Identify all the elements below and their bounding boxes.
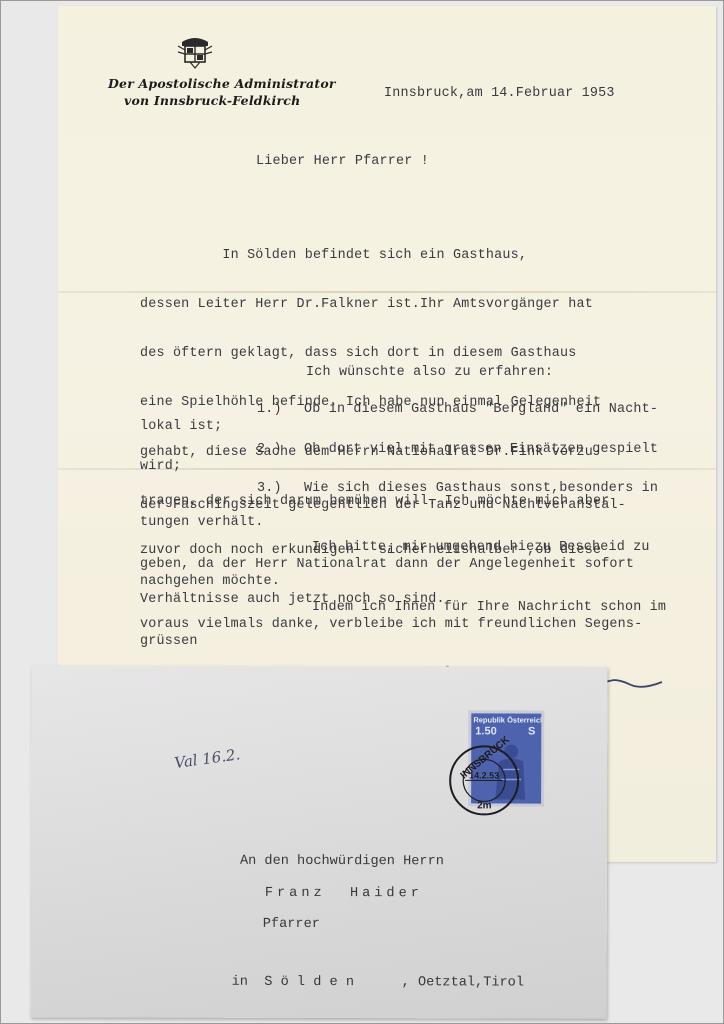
image-frame	[0, 0, 724, 1024]
